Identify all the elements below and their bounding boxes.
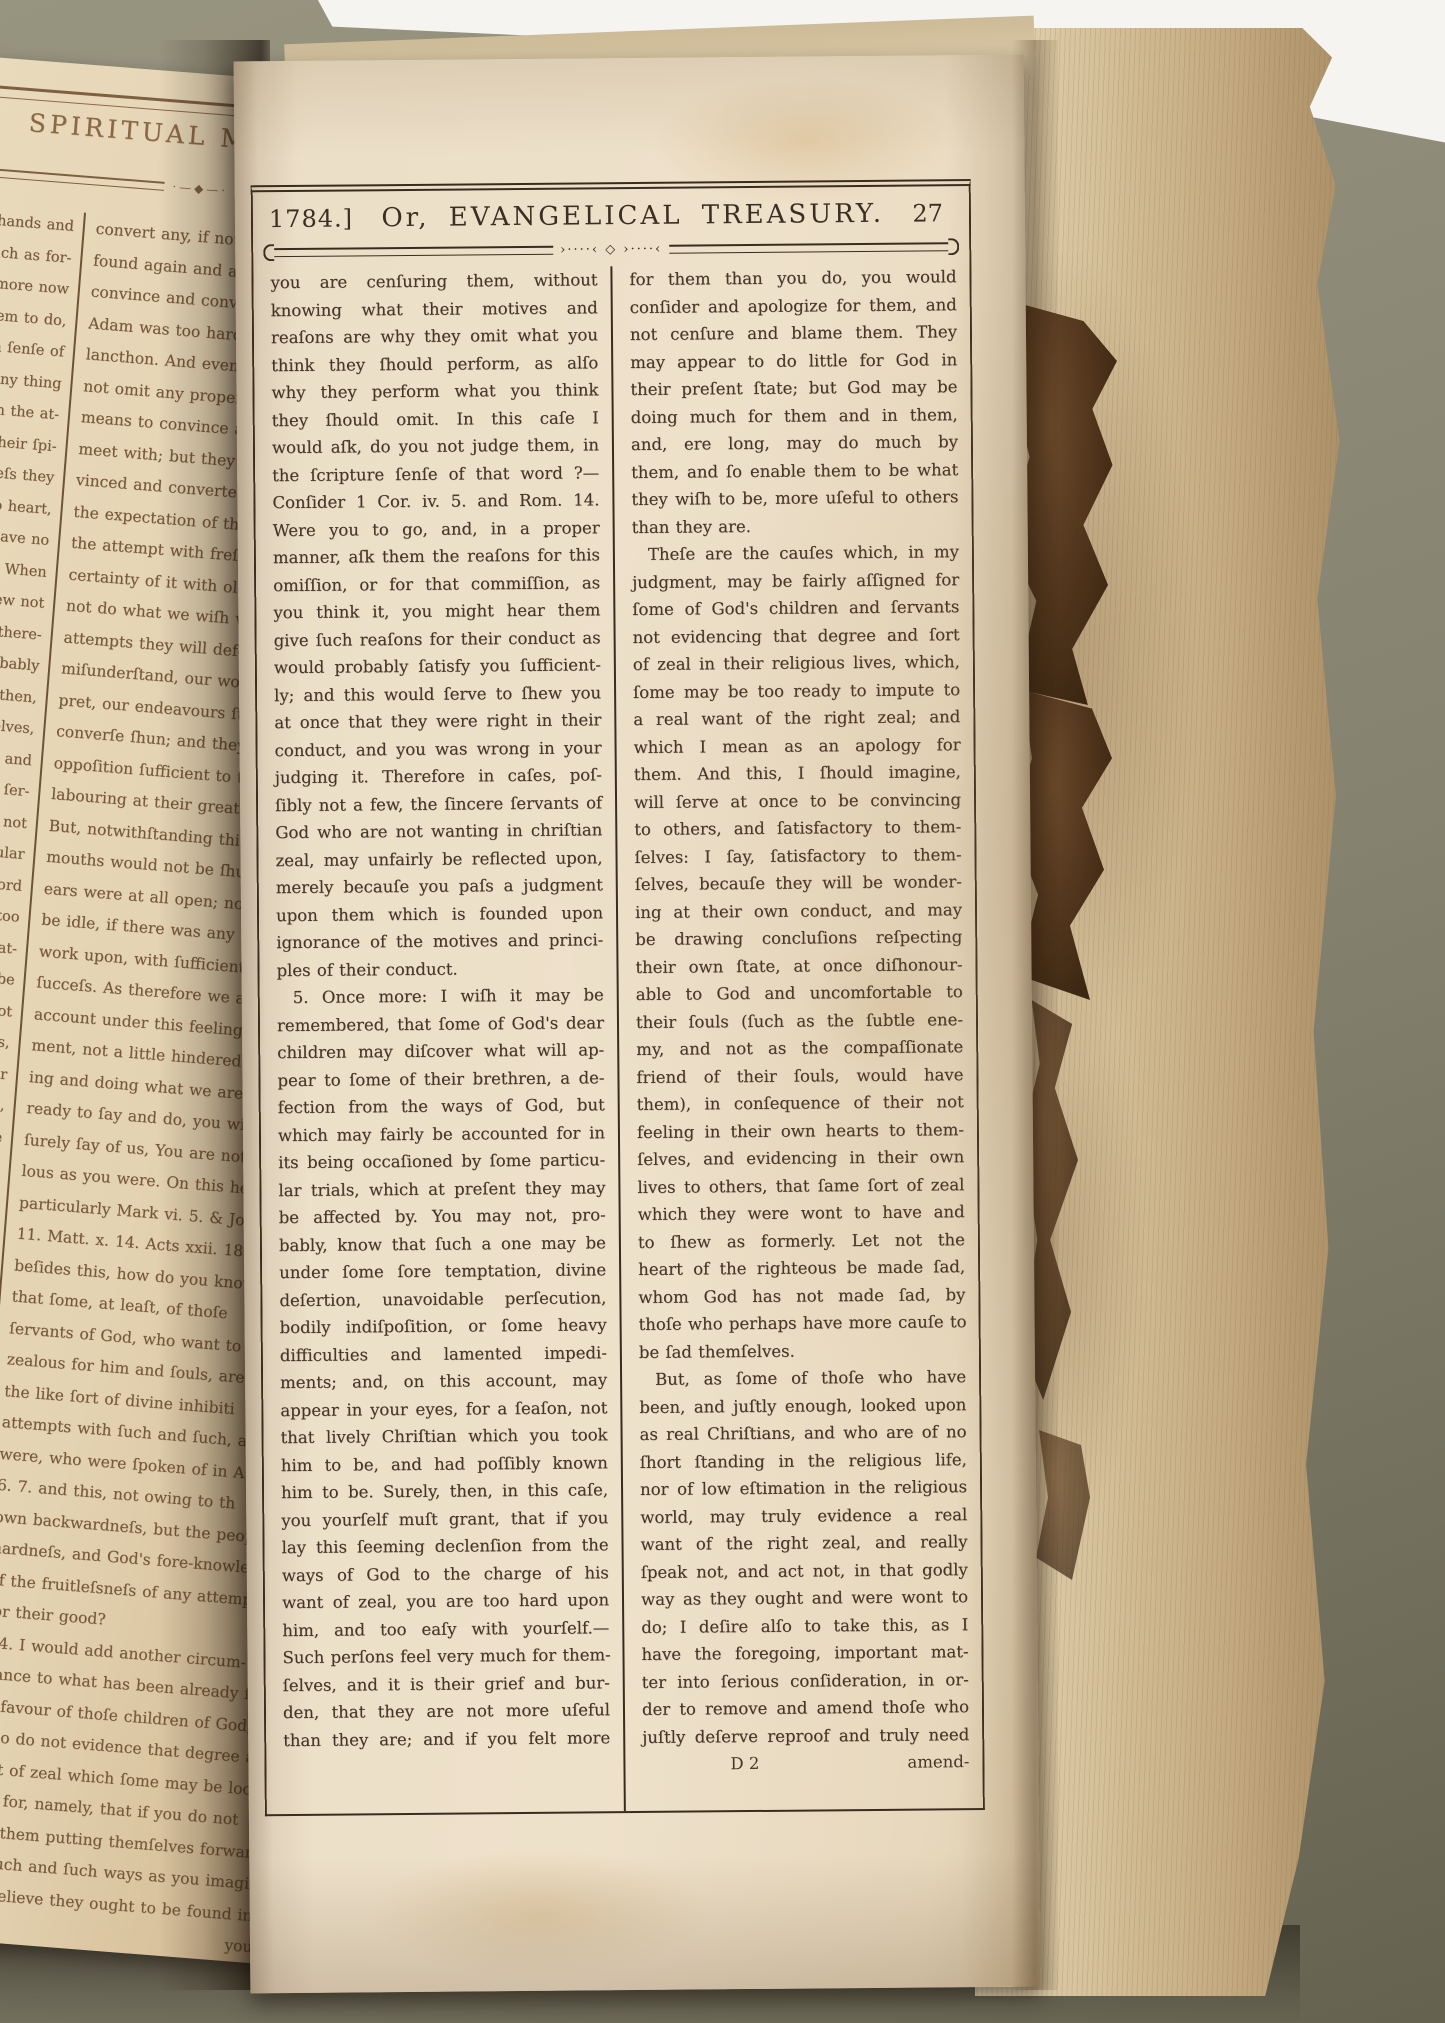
text-line: way as they ought and were wont to (641, 1583, 968, 1613)
text-line: their own ſtate, at once diſhonour- (635, 951, 962, 981)
text-line: the ſcripture ſenſe of that word ?— (272, 459, 599, 489)
text-line: whom God has not made ſad, by (638, 1281, 965, 1311)
text-line: ter into ſerious conſideration, in or- (642, 1666, 969, 1696)
signature-row: D 2 amend- (642, 1748, 969, 1778)
page-number: 27 (912, 199, 943, 227)
text-line: than they are. (632, 511, 959, 541)
ornament-diamond-glyphs: ›····‹ ◇ ›····‹ (553, 242, 669, 258)
text-line: feeling in their own hearts to them- (637, 1116, 964, 1146)
ornament-hook-left (263, 244, 274, 261)
right-text-column: for them than you do, you wouldconſider … (610, 263, 982, 1811)
text-line: thoſe who perhaps have more cauſe to (639, 1308, 966, 1338)
text-line: der to remove and amend thoſe who (642, 1693, 969, 1723)
book-photo: SPIRITUAL MAGAZINE; ·—◆—· ir hands anduc… (0, 0, 1445, 2023)
text-line: God who are not wanting in chriſtian (275, 816, 602, 846)
text-line: judgment, may be fairly aſſigned for (632, 566, 959, 596)
left-text-column: you are cenſuring them, withoutknowing w… (253, 266, 623, 1814)
text-line: merely becauſe you paſs a judgment (276, 871, 603, 901)
text-line: to ſhew as formerly. Let not the (638, 1226, 965, 1256)
text-line: you think it, you might hear them (273, 596, 600, 626)
text-line: be affected by. You may not, pro- (279, 1201, 606, 1231)
text-line: bably, know that ſuch a one may be (279, 1229, 606, 1259)
text-line: But, as ſome of thoſe who have (639, 1363, 966, 1393)
text-line: been, and juſtly enough, looked upon (639, 1391, 966, 1421)
text-line: be ſad themſelves. (639, 1336, 966, 1366)
ornament-hook-right (948, 238, 959, 255)
text-line: not cenſure and blame them. They (630, 318, 957, 348)
text-line: them. And this, I ſhould imagine, (634, 758, 961, 788)
text-line: be drawing concluſions reſpecting (635, 923, 962, 953)
text-line: a real want of the right zeal; and (633, 703, 960, 733)
text-line: have the foregoing, important mat- (641, 1638, 968, 1668)
running-header: 1784.] Or, EVANGELICAL TREASURY. 27 (269, 198, 943, 234)
text-line: able to God and uncomfortable to (636, 978, 963, 1008)
text-line: lay this ſeeming declenſion from the (281, 1531, 608, 1561)
text-line: lar trials, which at preſent they may (278, 1174, 605, 1204)
text-line: heart of the righteous be made ſad, (638, 1253, 965, 1283)
text-line: ſelves: I ſay, ſatisfactory to them- (634, 841, 961, 871)
text-line: appear in your eyes, for a ſeaſon, not (280, 1394, 607, 1424)
text-line: you are cenſuring them, without (270, 266, 597, 296)
text-line: them, and ſo enable them to be what (631, 456, 958, 486)
text-line: give ſuch reaſons for their conduct as (274, 624, 601, 654)
text-line: Conſider 1 Cor. iv. 5. and Rom. 14. (272, 486, 599, 516)
ornament-rule (274, 246, 553, 257)
text-line: him to be, and had poſſibly known (281, 1449, 608, 1479)
text-line: their ſouls (ſuch as the ſubtle ene- (636, 1006, 963, 1036)
text-line: why they perform what you think (271, 376, 598, 406)
text-line: Theſe are the cauſes which, in my (632, 538, 959, 568)
fragment-line: ir hands and (0, 204, 75, 243)
main-page: 1784.] Or, EVANGELICAL TREASURY. 27 ›···… (234, 55, 1041, 1994)
text-line: ſome may be too ready to impute to (633, 676, 960, 706)
text-line: which may fairly be accounted for in (278, 1119, 605, 1149)
text-line: not evidencing that degree and ſort (633, 621, 960, 651)
text-line: want of the right zeal, and really (640, 1528, 967, 1558)
fragment-line: a ſenſe of (0, 330, 65, 369)
signature-mark: D 2 (730, 1750, 759, 1778)
text-line: do; I deſire alſo to take this, as I (641, 1611, 968, 1641)
text-line: difficulties and lamented impedi- (280, 1339, 607, 1369)
text-line: reaſons are why they omit what you (271, 321, 598, 351)
fragment-line: m the at- (0, 393, 60, 432)
text-frame-border: 1784.] Or, EVANGELICAL TREASURY. 27 ›···… (251, 179, 985, 1816)
text-line: upon them which is founded upon (276, 899, 603, 929)
text-line: under ſome ſore temptation, divine (279, 1256, 606, 1286)
text-line: which I mean as an apology for (633, 731, 960, 761)
text-line: juſtly deſerve reproof and truly need (642, 1721, 969, 1751)
text-line: will ſerve at once to be convincing (634, 786, 961, 816)
text-line: remembered, that ſome of God's dear (277, 1009, 604, 1039)
text-line: my, and not as the compaſſionate (636, 1033, 963, 1063)
text-line: they ſhould omit. In this caſe I (272, 404, 599, 434)
fragment-line: ckneſs they (0, 456, 55, 495)
text-line: him to be. Surely, then, in this caſe, (281, 1476, 608, 1506)
text-line: doing much for them and in them, (631, 401, 958, 431)
header-year: 1784.] (269, 204, 353, 233)
text-line: would aſk, do you not judge them, in (272, 431, 599, 461)
text-line: ments; and, on this account, may (280, 1366, 607, 1396)
text-columns: you are cenſuring them, withoutknowing w… (253, 263, 982, 1814)
text-line: world, may truly evidence a real (640, 1501, 967, 1531)
text-line: ignorance of the motives and princi- (276, 926, 603, 956)
text-line: conduct, and you was wrong in your (274, 734, 601, 764)
text-line: nor of low eſtimation in the religious (640, 1473, 967, 1503)
text-line: pear to ſome of their brethren, a de- (277, 1064, 604, 1094)
catchword: amend- (907, 1748, 969, 1776)
paper-stain (369, 1847, 710, 1980)
text-line: them), in conſequence of their not (637, 1088, 964, 1118)
text-line: for them than you do, you would (629, 263, 956, 293)
text-line: ſelves, becauſe they will be wonder- (635, 868, 962, 898)
text-line: at once that they were right in their (274, 706, 601, 736)
text-line: him, and too eaſy with yourſelf.— (282, 1614, 609, 1644)
text-line: children may diſcover what will ap- (277, 1036, 604, 1066)
text-line: ſhort ſtanding in the religious life, (640, 1446, 967, 1476)
text-line: think they ſhould perform, as alſo (271, 349, 598, 379)
text-line: conſider and apologize for them, and (630, 291, 957, 321)
text-line: ing at their own conduct, and may (635, 896, 962, 926)
text-line: lives to others, that ſame ſort of zeal (637, 1171, 964, 1201)
text-line: their preſent ſtate; but God may be (630, 373, 957, 403)
text-line: omiſſion, or for that commiſſion, as (273, 569, 600, 599)
text-line: ſelves, and evidencing in their own (637, 1143, 964, 1173)
text-line: to others, and ſatisfactory to them- (634, 813, 961, 843)
text-line: den, that they are not more uſeful (283, 1696, 610, 1726)
text-line: would probably ſatisfy you ſufficient- (274, 651, 601, 681)
text-line: may appear to do little for God in (630, 346, 957, 376)
text-line: they wiſh to be, more uſeful to others (631, 483, 958, 513)
text-line: friend of their ſouls, would have (636, 1061, 963, 1091)
text-line: ſome of God's children and ſervants (632, 593, 959, 623)
ornament-rule (669, 242, 948, 253)
text-line: than they are; and if you felt more (283, 1724, 610, 1754)
text-line: Such perſons feel very much for them- (282, 1641, 609, 1671)
text-line: deſertion, unavoidable perſecution, (279, 1284, 606, 1314)
text-line: zeal, may unfairly be reflected upon, (275, 844, 602, 874)
text-line: ly; and this would ſerve to ſhew you (274, 679, 601, 709)
fragment-line: more now (0, 267, 70, 306)
text-line: bodily indiſpoſition, or ſome heavy (280, 1311, 607, 1341)
text-line: as real Chriſtians, and who are of no (639, 1418, 966, 1448)
text-line: you yourſelf muſt grant, that if you (281, 1504, 608, 1534)
text-line: want of zeal, you are too hard upon (282, 1586, 609, 1616)
text-line: knowing what their motives and (271, 294, 598, 324)
text-line: its being occaſioned by ſome particu- (278, 1146, 605, 1176)
text-line: judging it. Therefore in caſes, poſ- (275, 761, 602, 791)
text-line: manner, aſk them the reaſons for this (273, 541, 600, 571)
text-line: and, ere long, may do much by (631, 428, 958, 458)
header-title: Or, EVANGELICAL TREASURY. (353, 199, 913, 234)
header-ornament: ›····‹ ◇ ›····‹ (263, 238, 959, 261)
text-line: ſpeak not, and act not, in that godly (641, 1556, 968, 1586)
text-line: ſelves, and it is their grief and bur- (283, 1669, 610, 1699)
text-line: ſibly not a few, the ſincere ſervants of (275, 789, 602, 819)
text-line: of zeal in their religious lives, which, (633, 648, 960, 678)
text-line: ples of their conduct. (276, 954, 603, 984)
text-line: fection from the ways of God, but (278, 1091, 605, 1121)
text-line: ways of God to the charge of his (282, 1559, 609, 1589)
ornament-diamond-glyphs: ·—◆—· (164, 179, 237, 199)
ornament-rule (0, 166, 165, 190)
text-line: that lively Chriſtian which you took (280, 1421, 607, 1451)
text-line: Were you to go, and, in a proper (273, 514, 600, 544)
text-line: which they were wont to have and (638, 1198, 965, 1228)
text-line: 5. Once more: I wiſh it may be (277, 981, 604, 1011)
